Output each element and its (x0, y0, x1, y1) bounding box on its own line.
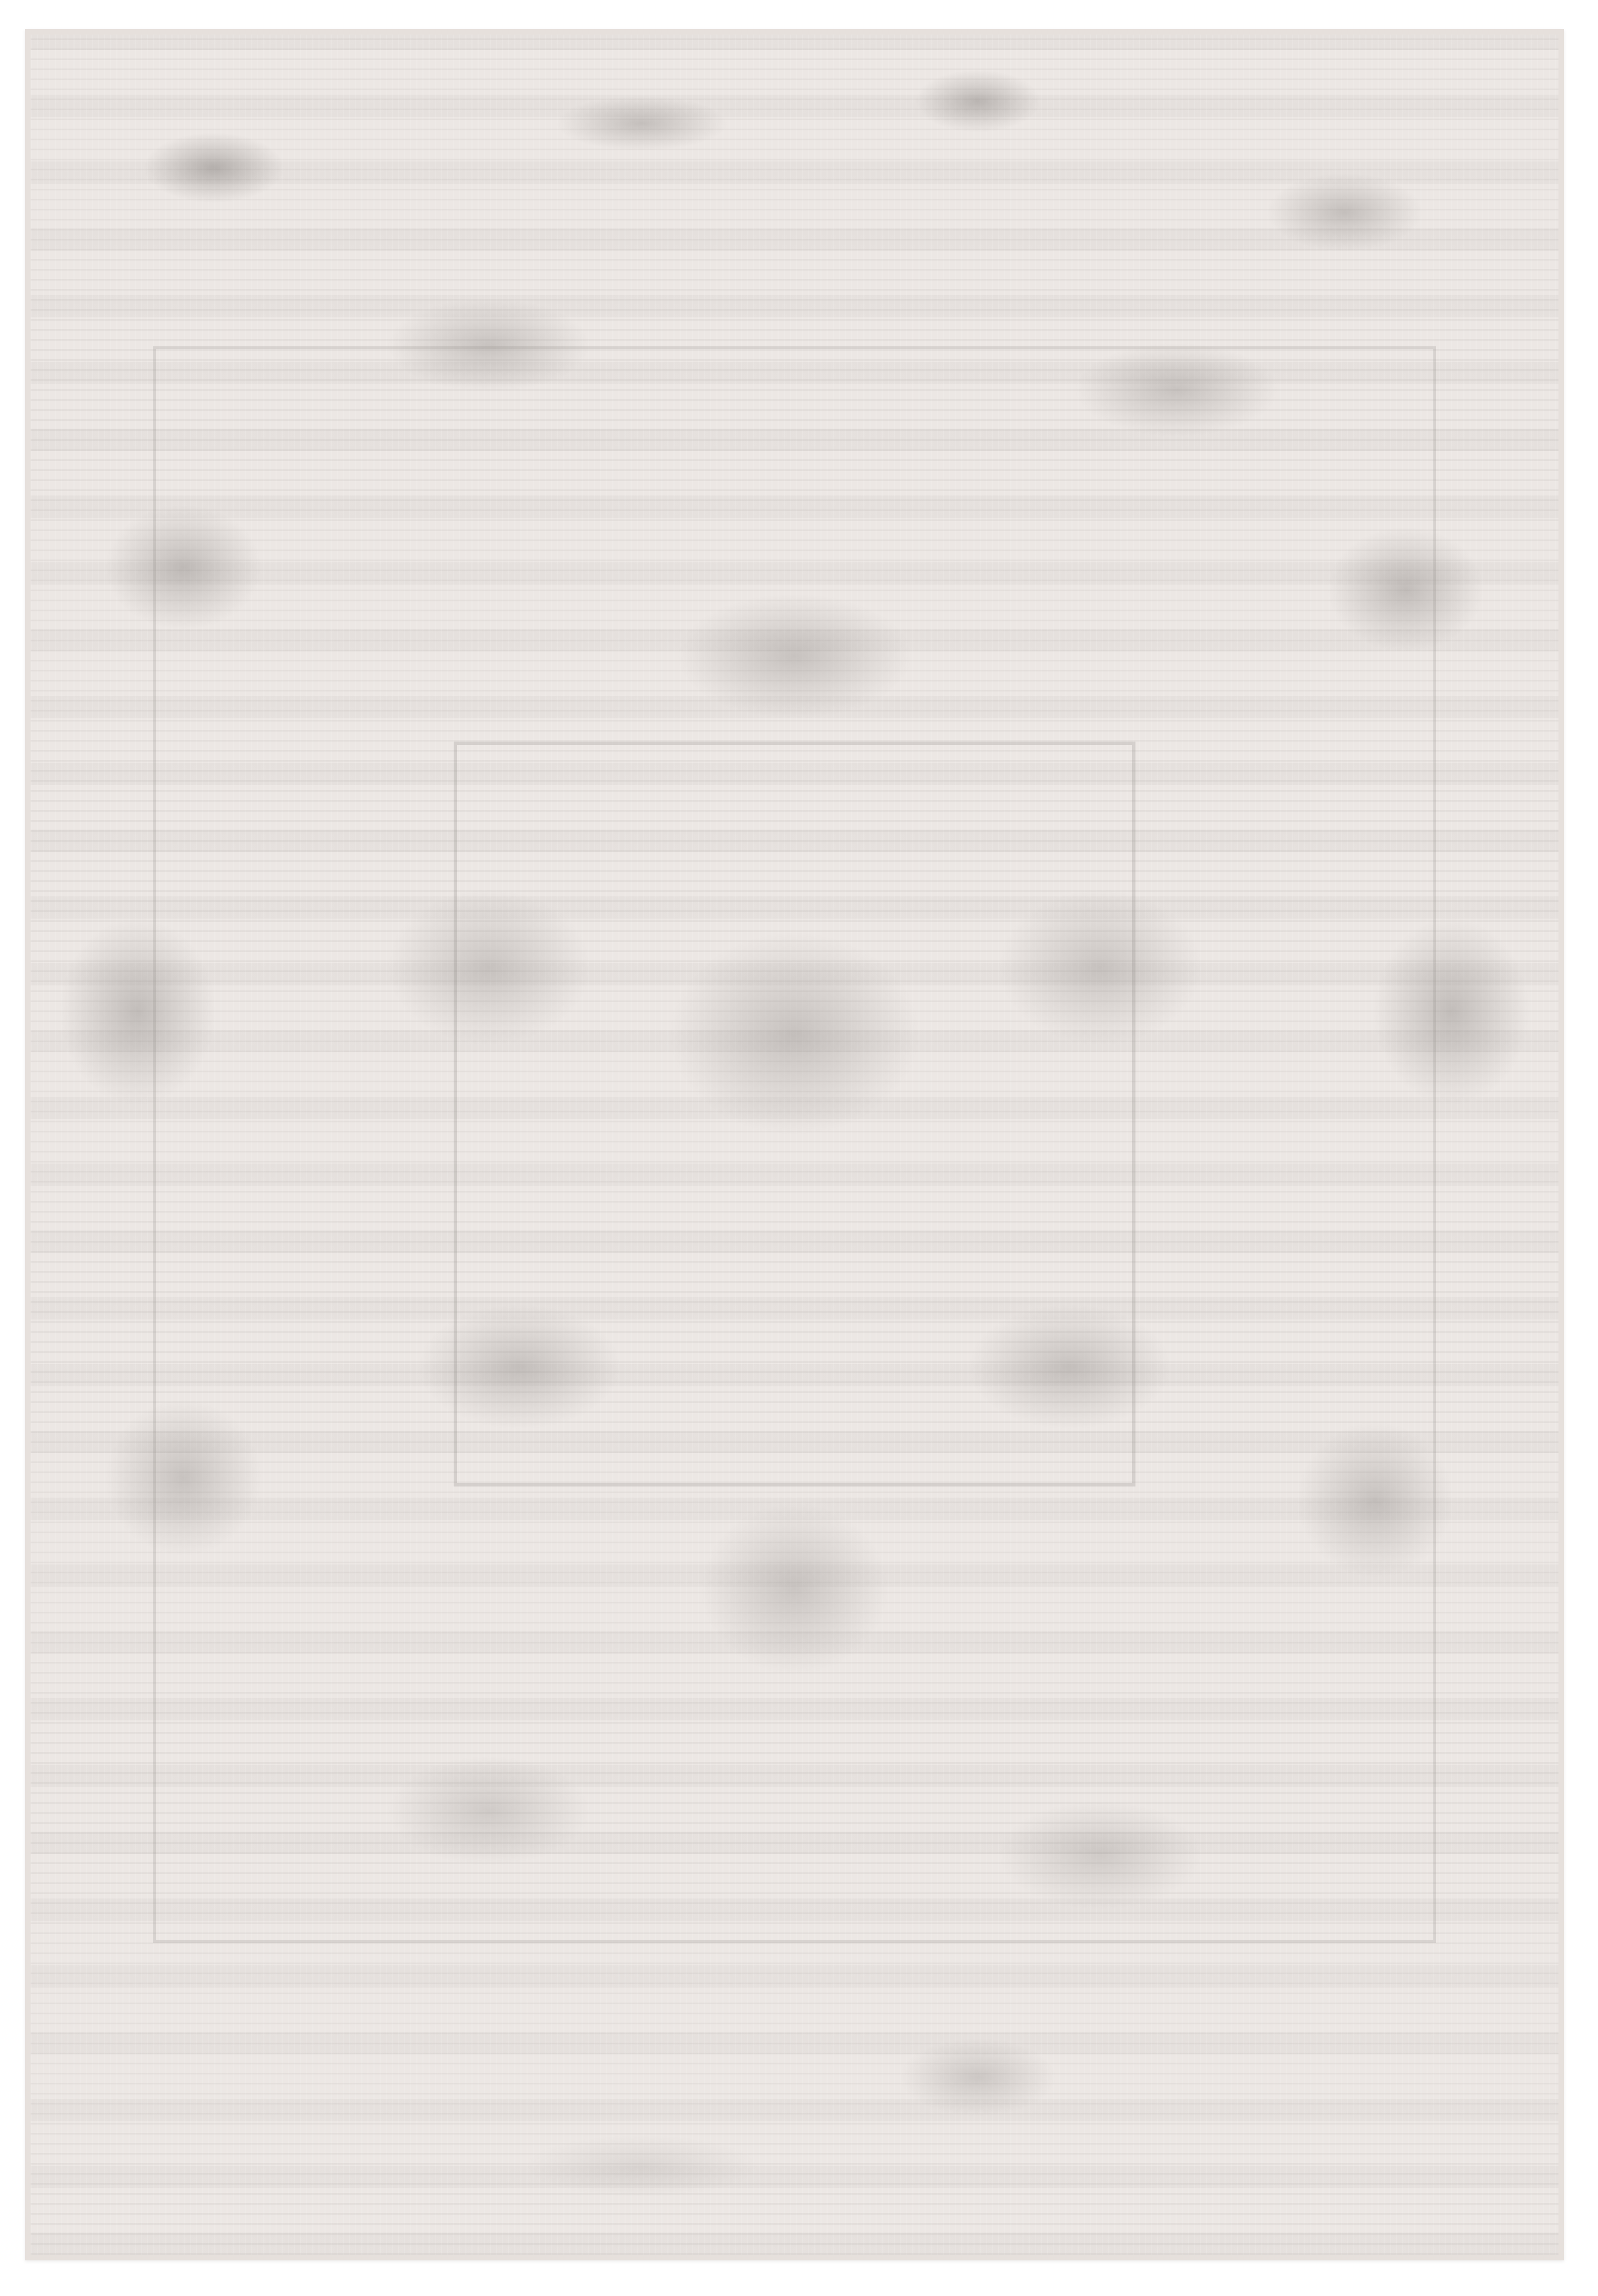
rug (25, 29, 1564, 2260)
rug-center-medallion-frame (454, 742, 1135, 1486)
